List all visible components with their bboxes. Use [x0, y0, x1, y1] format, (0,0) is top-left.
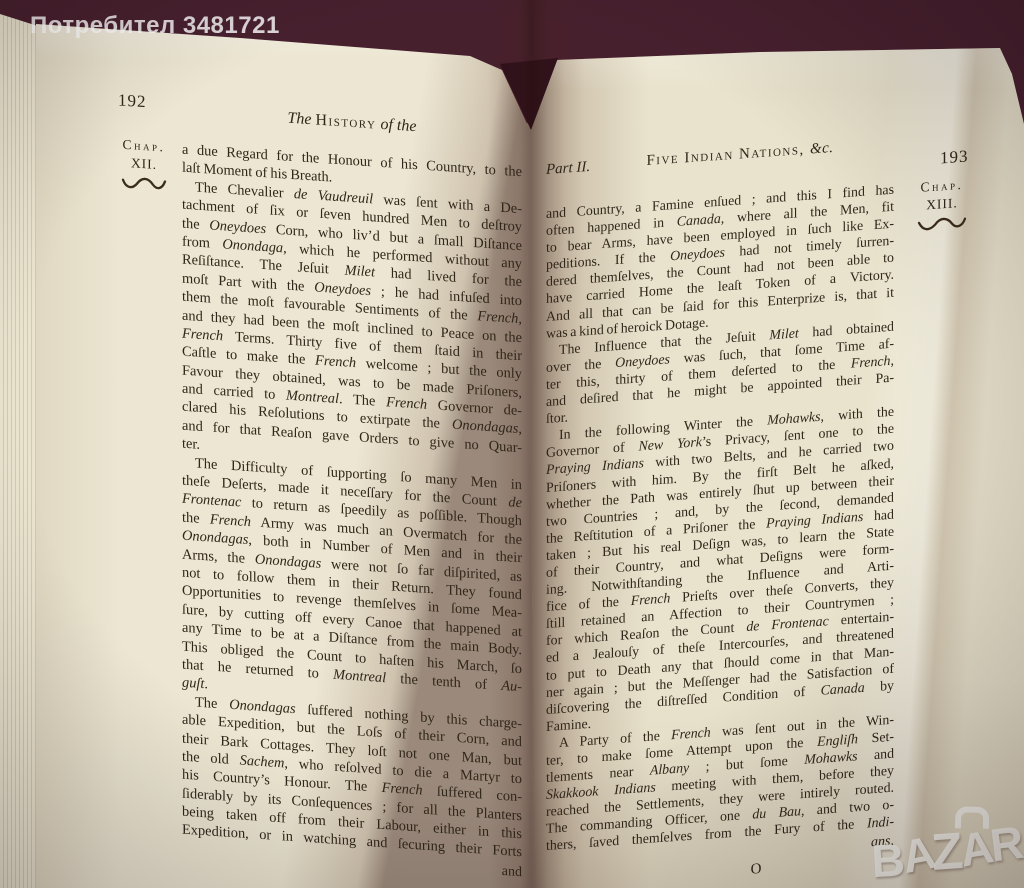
- running-title-post: of the: [376, 116, 416, 136]
- user-watermark: Потребител 3481721: [30, 12, 280, 40]
- running-title-pre: The: [288, 110, 316, 129]
- chapter-numeral: XII.: [112, 154, 176, 174]
- chapter-note-right: Chap. XIII.: [900, 175, 984, 238]
- chapter-word: Chap.: [112, 136, 176, 156]
- running-title-right-etc: &c.: [810, 140, 834, 158]
- part-label: Part II.: [546, 159, 590, 179]
- right-page-number: 193: [940, 146, 969, 168]
- chapter-flourish-icon: [917, 214, 967, 233]
- chapter-flourish-icon: [121, 174, 167, 193]
- left-text-column: a due Regard for the Honour of his Count…: [182, 141, 522, 862]
- left-page-number: 192: [118, 90, 147, 112]
- chapter-numeral: XIII.: [900, 193, 984, 215]
- right-text-column: and Country, a Famine enſued ; and this …: [546, 182, 894, 856]
- book-photo-scene: 192 The History of the Chap. XII. a due …: [0, 0, 1024, 888]
- running-title-main: History: [316, 112, 377, 133]
- chapter-note-left: Chap. XII.: [112, 136, 176, 197]
